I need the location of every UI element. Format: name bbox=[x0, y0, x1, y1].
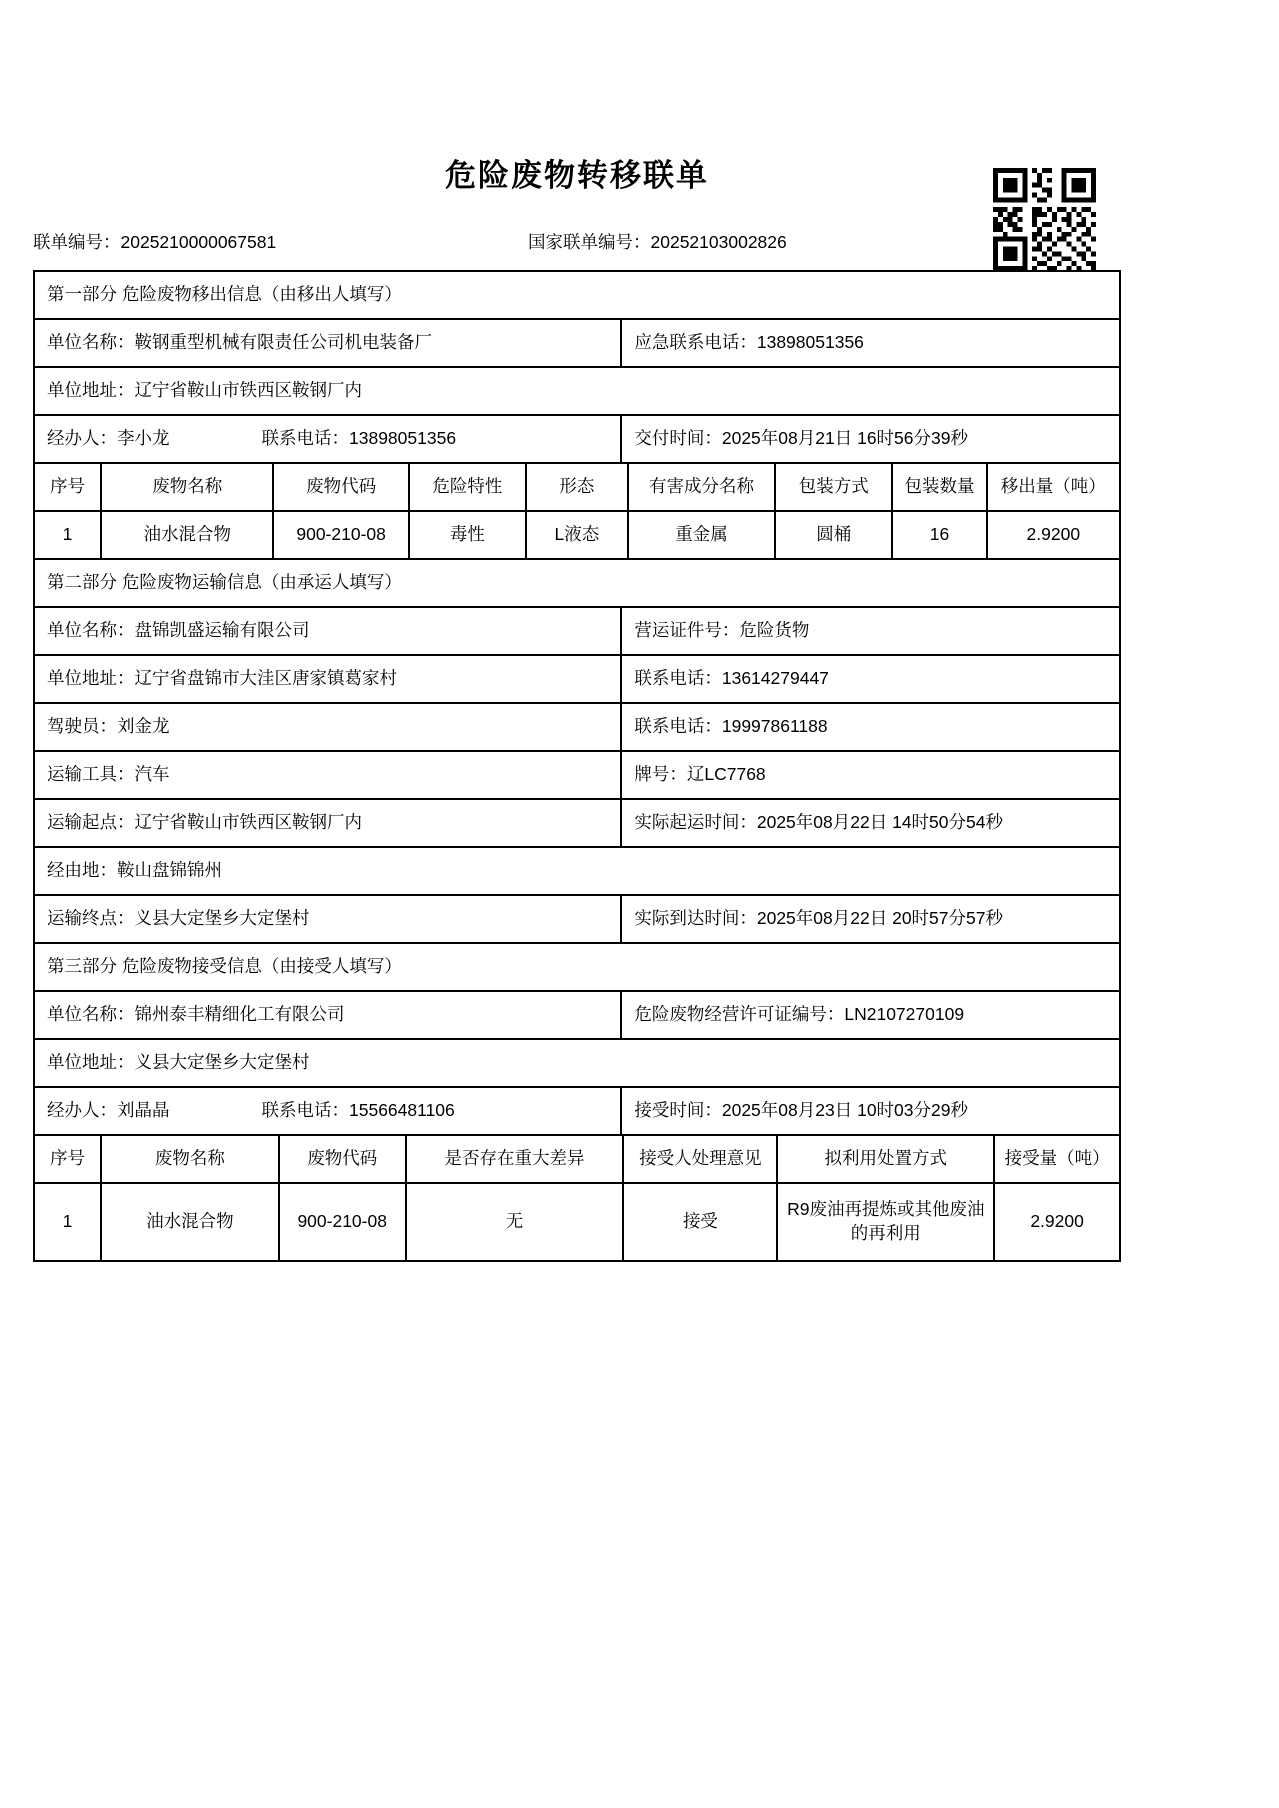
part3-waste-header-disposal: 拟利用处置方式 bbox=[776, 1136, 993, 1182]
part1-delivery-time-label: 交付时间： bbox=[634, 427, 722, 451]
part3-waste-header-name: 废物名称 bbox=[100, 1136, 278, 1182]
part1-waste-code: 900-210-08 bbox=[272, 512, 408, 558]
part2-driver-phone-value: 19997861188 bbox=[722, 715, 828, 739]
part2-plate-label: 牌号： bbox=[634, 763, 687, 787]
part2-arrival-time: 实际到达时间：2025年08月22日 20时57分57秒 bbox=[620, 896, 1119, 942]
part1-agent-phone: 联系电话：13898051356 bbox=[262, 427, 457, 451]
part2-arrival-time-value: 2025年08月22日 20时57分57秒 bbox=[757, 907, 1003, 931]
part2-vehicle-row: 运输工具：汽车 牌号：辽LC7768 bbox=[35, 752, 1119, 800]
part3-accept-time-label: 接受时间： bbox=[634, 1099, 722, 1123]
part3-agent-phone: 联系电话：15566481106 bbox=[262, 1099, 455, 1123]
part3-waste-header-opinion: 接受人处理意见 bbox=[622, 1136, 776, 1182]
manifest-numbers: 联单编号：2025210000067581 国家联单编号：20252103002… bbox=[33, 229, 1121, 255]
part2-via-label: 经由地： bbox=[47, 859, 117, 883]
manifest-number-label: 联单编号： bbox=[33, 232, 121, 252]
part1-agent-value: 李小龙 bbox=[117, 428, 170, 448]
part2-company-label: 单位名称： bbox=[47, 619, 135, 643]
part3-waste-discrepancy: 无 bbox=[405, 1184, 623, 1260]
part3-accept-time: 接受时间：2025年08月23日 10时03分29秒 bbox=[620, 1088, 1119, 1134]
part1-waste-data-row: 1 油水混合物 900-210-08 毒性 L液态 重金属 圆桶 16 2.92… bbox=[35, 512, 1119, 560]
part2-driver-value: 刘金龙 bbox=[117, 715, 170, 739]
manifest-number-value: 2025210000067581 bbox=[121, 232, 277, 252]
part2-company-phone: 联系电话：13614279447 bbox=[620, 656, 1119, 702]
part3-accept-time-value: 2025年08月23日 10时03分29秒 bbox=[722, 1099, 968, 1123]
part2-vehicle: 运输工具：汽车 bbox=[35, 752, 620, 798]
part2-vehicle-label: 运输工具： bbox=[47, 763, 135, 787]
part3-section-title: 第三部分 危险废物接受信息（由接受人填写） bbox=[35, 944, 1119, 990]
part1-waste-header-component: 有害成分名称 bbox=[627, 464, 774, 510]
part1-emergency-phone-label: 应急联系电话： bbox=[634, 331, 757, 355]
part1-waste-header-form: 形态 bbox=[525, 464, 627, 510]
part1-waste-component: 重金属 bbox=[627, 512, 774, 558]
part2-driver-phone: 联系电话：19997861188 bbox=[620, 704, 1119, 750]
part2-driver-label: 驾驶员： bbox=[47, 715, 117, 739]
part3-permit-label: 危险废物经营许可证编号： bbox=[634, 1003, 844, 1027]
part1-emergency-phone: 应急联系电话：13898051356 bbox=[620, 320, 1119, 366]
part2-via-value: 鞍山盘锦锦州 bbox=[117, 859, 222, 883]
part2-address-label: 单位地址： bbox=[47, 667, 135, 691]
part1-agent-phone-value: 13898051356 bbox=[349, 428, 456, 448]
part1-address: 单位地址：辽宁省鞍山市铁西区鞍钢厂内 bbox=[35, 368, 1119, 414]
part1-company-row: 单位名称：鞍钢重型机械有限责任公司机电装备厂 应急联系电话：1389805135… bbox=[35, 320, 1119, 368]
qr-code bbox=[993, 168, 1096, 271]
part3-waste-amount: 2.9200 bbox=[993, 1184, 1119, 1260]
part2-destination: 运输终点：义县大定堡乡大定堡村 bbox=[35, 896, 620, 942]
part1-waste-name: 油水混合物 bbox=[100, 512, 272, 558]
part3-address-row: 单位地址：义县大定堡乡大定堡村 bbox=[35, 1040, 1119, 1088]
part1-address-label: 单位地址： bbox=[47, 379, 135, 403]
part3-waste-header-code: 废物代码 bbox=[278, 1136, 405, 1182]
part3-agent-label: 经办人： bbox=[47, 1100, 117, 1120]
part3-address-label: 单位地址： bbox=[47, 1051, 135, 1075]
part3-company-label: 单位名称： bbox=[47, 1003, 135, 1027]
part1-address-value: 辽宁省鞍山市铁西区鞍钢厂内 bbox=[135, 379, 363, 403]
part1-waste-form: L液态 bbox=[525, 512, 627, 558]
manifest-table: 第一部分 危险废物移出信息（由移出人填写） 单位名称：鞍钢重型机械有限责任公司机… bbox=[33, 270, 1121, 1262]
part1-delivery-time-value: 2025年08月21日 16时56分39秒 bbox=[722, 427, 968, 451]
part3-agent: 经办人：刘晶晶 联系电话：15566481106 bbox=[35, 1088, 620, 1134]
part2-company-phone-value: 13614279447 bbox=[722, 667, 829, 691]
part2-address-row: 单位地址：辽宁省盘锦市大洼区唐家镇葛家村 联系电话：13614279447 bbox=[35, 656, 1119, 704]
part2-destination-value: 义县大定堡乡大定堡村 bbox=[135, 907, 310, 931]
part1-waste-header-package-count: 包装数量 bbox=[891, 464, 985, 510]
part1-company: 单位名称：鞍钢重型机械有限责任公司机电装备厂 bbox=[35, 320, 620, 366]
part2-vehicle-value: 汽车 bbox=[135, 763, 170, 787]
part3-waste-disposal: R9废油再提炼或其他废油的再利用 bbox=[776, 1184, 993, 1260]
national-manifest-number-label: 国家联单编号： bbox=[528, 232, 651, 252]
part1-address-row: 单位地址：辽宁省鞍山市铁西区鞍钢厂内 bbox=[35, 368, 1119, 416]
part3-permit: 危险废物经营许可证编号：LN2107270109 bbox=[620, 992, 1119, 1038]
part2-company-row: 单位名称：盘锦凯盛运输有限公司 营运证件号：危险货物 bbox=[35, 608, 1119, 656]
part1-waste-header-name: 废物名称 bbox=[100, 464, 272, 510]
part2-via: 经由地：鞍山盘锦锦州 bbox=[35, 848, 1119, 894]
part1-waste-amount: 2.9200 bbox=[986, 512, 1119, 558]
part2-destination-row: 运输终点：义县大定堡乡大定堡村 实际到达时间：2025年08月22日 20时57… bbox=[35, 896, 1119, 944]
part1-waste-hazard: 毒性 bbox=[408, 512, 525, 558]
part3-waste-name: 油水混合物 bbox=[100, 1184, 278, 1260]
part2-license: 营运证件号：危险货物 bbox=[620, 608, 1119, 654]
part2-company-value: 盘锦凯盛运输有限公司 bbox=[135, 619, 310, 643]
part3-waste-opinion: 接受 bbox=[622, 1184, 776, 1260]
part1-agent-row: 经办人：李小龙 联系电话：13898051356 交付时间：2025年08月21… bbox=[35, 416, 1119, 464]
part1-emergency-phone-value: 13898051356 bbox=[757, 331, 864, 355]
part2-license-value: 危险货物 bbox=[739, 619, 809, 643]
part3-waste-header-row: 序号 废物名称 废物代码 是否存在重大差异 接受人处理意见 拟利用处置方式 接受… bbox=[35, 1136, 1119, 1184]
part2-driver-row: 驾驶员：刘金龙 联系电话：19997861188 bbox=[35, 704, 1119, 752]
part3-waste-seq: 1 bbox=[35, 1184, 100, 1260]
part1-waste-header-amount: 移出量（吨） bbox=[986, 464, 1119, 510]
part3-agent-phone-label: 联系电话： bbox=[262, 1100, 350, 1120]
part1-company-label: 单位名称： bbox=[47, 331, 135, 355]
part2-address: 单位地址：辽宁省盘锦市大洼区唐家镇葛家村 bbox=[35, 656, 620, 702]
part2-departure-time-label: 实际起运时间： bbox=[634, 811, 757, 835]
part3-waste-header-seq: 序号 bbox=[35, 1136, 100, 1182]
part2-address-value: 辽宁省盘锦市大洼区唐家镇葛家村 bbox=[135, 667, 398, 691]
part3-address-value: 义县大定堡乡大定堡村 bbox=[135, 1051, 310, 1075]
national-manifest-number: 国家联单编号：20252103002826 bbox=[528, 229, 787, 254]
part3-waste-code: 900-210-08 bbox=[278, 1184, 405, 1260]
part2-company: 单位名称：盘锦凯盛运输有限公司 bbox=[35, 608, 620, 654]
part3-section-row: 第三部分 危险废物接受信息（由接受人填写） bbox=[35, 944, 1119, 992]
part2-origin: 运输起点：辽宁省鞍山市铁西区鞍钢厂内 bbox=[35, 800, 620, 846]
part2-section-row: 第二部分 危险废物运输信息（由承运人填写） bbox=[35, 560, 1119, 608]
part1-waste-packaging: 圆桶 bbox=[774, 512, 891, 558]
part3-permit-value: LN2107270109 bbox=[844, 1003, 964, 1027]
part1-section-title: 第一部分 危险废物移出信息（由移出人填写） bbox=[35, 272, 1119, 318]
part1-section-row: 第一部分 危险废物移出信息（由移出人填写） bbox=[35, 272, 1119, 320]
part2-plate: 牌号：辽LC7768 bbox=[620, 752, 1119, 798]
part1-waste-header-code: 废物代码 bbox=[272, 464, 408, 510]
part1-agent: 经办人：李小龙 联系电话：13898051356 bbox=[35, 416, 620, 462]
part1-company-value: 鞍钢重型机械有限责任公司机电装备厂 bbox=[135, 331, 433, 355]
part1-agent-phone-label: 联系电话： bbox=[262, 428, 350, 448]
national-manifest-number-value: 20252103002826 bbox=[651, 232, 787, 252]
part3-company: 单位名称：锦州泰丰精细化工有限公司 bbox=[35, 992, 620, 1038]
part2-destination-label: 运输终点： bbox=[47, 907, 135, 931]
part3-company-row: 单位名称：锦州泰丰精细化工有限公司 危险废物经营许可证编号：LN21072701… bbox=[35, 992, 1119, 1040]
part1-waste-header-packaging: 包装方式 bbox=[774, 464, 891, 510]
part3-waste-data-row: 1 油水混合物 900-210-08 无 接受 R9废油再提炼或其他废油的再利用… bbox=[35, 1184, 1119, 1260]
part2-origin-value: 辽宁省鞍山市铁西区鞍钢厂内 bbox=[135, 811, 363, 835]
part2-departure-time-value: 2025年08月22日 14时50分54秒 bbox=[757, 811, 1003, 835]
manifest-number: 联单编号：2025210000067581 bbox=[33, 229, 276, 254]
part1-waste-header-seq: 序号 bbox=[35, 464, 100, 510]
part1-agent-name: 经办人：李小龙 bbox=[47, 427, 170, 451]
part2-license-label: 营运证件号： bbox=[634, 619, 739, 643]
manifest-document: 危险废物转移联单 bbox=[0, 0, 1279, 1808]
part2-origin-row: 运输起点：辽宁省鞍山市铁西区鞍钢厂内 实际起运时间：2025年08月22日 14… bbox=[35, 800, 1119, 848]
part1-agent-label: 经办人： bbox=[47, 428, 117, 448]
part1-waste-header-row: 序号 废物名称 废物代码 危险特性 形态 有害成分名称 包装方式 包装数量 移出… bbox=[35, 464, 1119, 512]
part3-agent-value: 刘晶晶 bbox=[117, 1100, 170, 1120]
part2-driver: 驾驶员：刘金龙 bbox=[35, 704, 620, 750]
part2-arrival-time-label: 实际到达时间： bbox=[634, 907, 757, 931]
part3-address: 单位地址：义县大定堡乡大定堡村 bbox=[35, 1040, 1119, 1086]
part3-agent-phone-value: 15566481106 bbox=[349, 1100, 455, 1120]
part3-waste-header-discrepancy: 是否存在重大差异 bbox=[405, 1136, 623, 1182]
part1-waste-header-hazard: 危险特性 bbox=[408, 464, 525, 510]
part2-section-title: 第二部分 危险废物运输信息（由承运人填写） bbox=[35, 560, 1119, 606]
part3-agent-row: 经办人：刘晶晶 联系电话：15566481106 接受时间：2025年08月23… bbox=[35, 1088, 1119, 1136]
part3-company-value: 锦州泰丰精细化工有限公司 bbox=[135, 1003, 345, 1027]
part2-plate-value: 辽LC7768 bbox=[687, 763, 766, 787]
part1-waste-package-count: 16 bbox=[891, 512, 985, 558]
part2-company-phone-label: 联系电话： bbox=[634, 667, 722, 691]
part3-waste-header-amount: 接受量（吨） bbox=[993, 1136, 1119, 1182]
page-title: 危险废物转移联单 bbox=[33, 150, 1121, 195]
part1-delivery-time: 交付时间：2025年08月21日 16时56分39秒 bbox=[620, 416, 1119, 462]
part2-origin-label: 运输起点： bbox=[47, 811, 135, 835]
part2-via-row: 经由地：鞍山盘锦锦州 bbox=[35, 848, 1119, 896]
part2-driver-phone-label: 联系电话： bbox=[634, 715, 722, 739]
part2-departure-time: 实际起运时间：2025年08月22日 14时50分54秒 bbox=[620, 800, 1119, 846]
part1-waste-seq: 1 bbox=[35, 512, 100, 558]
part3-agent-name: 经办人：刘晶晶 bbox=[47, 1099, 170, 1123]
